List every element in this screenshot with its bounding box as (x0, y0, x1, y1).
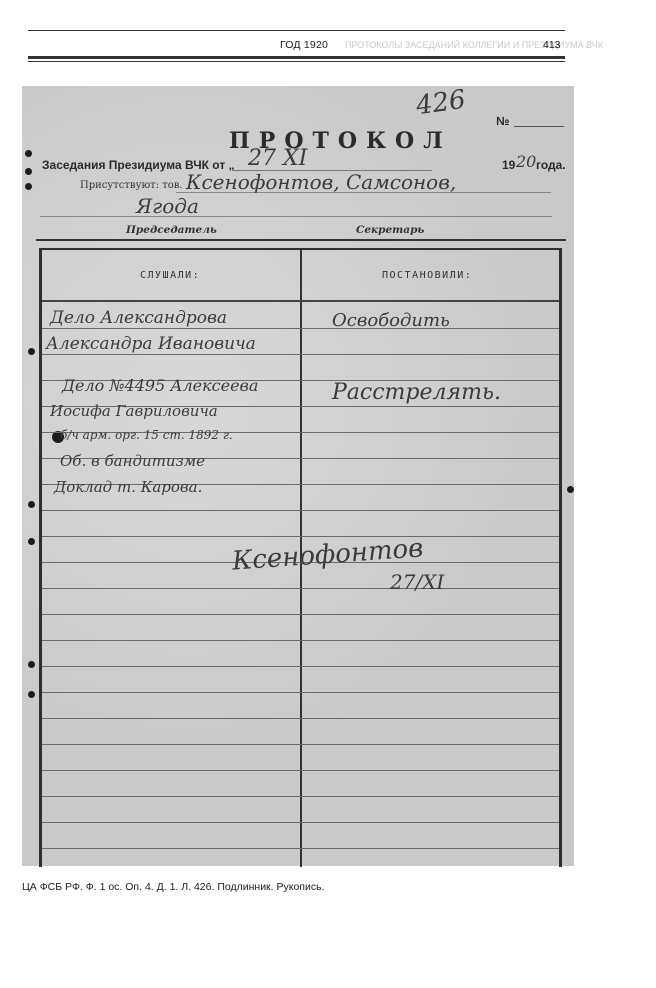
hole-punch (28, 501, 35, 508)
chairman-label: Председатель (126, 224, 217, 236)
page-number: 413 (543, 39, 561, 51)
hole-punch (28, 691, 35, 698)
header-rule-bottom (28, 56, 565, 59)
running-header-section: ГОД 1920 (280, 39, 328, 51)
protocol-sheet: 426 № ПРОТОКОЛ Заседания Президиума ВЧК … (36, 86, 566, 866)
header-rule-bottom-thin (28, 61, 565, 62)
number-line (514, 126, 564, 127)
table-rule (42, 640, 559, 641)
archive-caption: ЦА ФСБ РФ. Ф. 1 ос. Оп. 4. Д. 1. Л. 426.… (22, 881, 324, 893)
entry-2-heard-line-1: Дело №4495 Алексеева (62, 376, 258, 395)
column-header-heard: СЛУШАЛИ: (140, 270, 200, 281)
present-label: Присутствуют: тов. (80, 180, 183, 191)
running-header-bleed-through: ПРОТОКОЛЫ ЗАСЕДАНИЙ КОЛЛЕГИИ И ПРЕЗИДИУМ… (345, 40, 603, 50)
entry-2-resolved: Расстрелять. (332, 380, 501, 405)
entry-2-heard-line-2: Иосифа Гавриловича (50, 402, 218, 420)
present-names-1: Ксенофонтов, Самсонов, (186, 170, 456, 194)
heavy-rule (36, 239, 566, 241)
year-prefix: 19 (502, 158, 515, 172)
meeting-date: 27 XI (248, 146, 307, 171)
table-rule (42, 666, 559, 667)
header-rule-top (28, 30, 565, 31)
hole-punch (28, 348, 35, 355)
number-label: № (496, 114, 509, 128)
table-rule (42, 692, 559, 693)
hole-punch (25, 150, 32, 157)
table-rule (42, 354, 559, 355)
year-handwritten: 20 (516, 152, 536, 171)
entry-1-resolved: Освободить (332, 310, 450, 331)
entry-2-heard-line-4: Об. в бандитизме (60, 452, 205, 470)
table-rule (42, 718, 559, 719)
table-rule (42, 300, 559, 302)
hole-punch (567, 486, 574, 493)
table-rule (42, 614, 559, 615)
table-rule (42, 744, 559, 745)
table-rule (42, 770, 559, 771)
year-suffix: года. (536, 158, 566, 172)
table-rule (42, 536, 559, 537)
entry-2-heard-line-5: Доклад т. Карова. (54, 478, 202, 496)
handwritten-number: 426 (414, 85, 467, 122)
secretary-label: Секретарь (356, 224, 424, 236)
table-rule (42, 510, 559, 511)
present-rule-2 (40, 216, 552, 217)
table-rule (42, 328, 559, 329)
column-header-resolved: ПОСТАНОВИЛИ: (382, 270, 472, 281)
entry-1-heard-line-1: Дело Александрова (50, 308, 227, 328)
hole-punch (28, 538, 35, 545)
hole-punch (25, 183, 32, 190)
table-rule (42, 822, 559, 823)
minutes-table: СЛУШАЛИ: ПОСТАНОВИЛИ: Дело Алекс (39, 248, 562, 867)
present-names-2: Ягода (136, 194, 199, 218)
entry-2-heard-line-3: б/ч арм. орг. 15 ст. 1892 г. (60, 428, 233, 442)
entry-1-heard-line-2: Александра Ивановича (46, 334, 256, 354)
document-photo: 426 № ПРОТОКОЛ Заседания Президиума ВЧК … (22, 86, 574, 866)
table-rule (42, 796, 559, 797)
table-rule (42, 588, 559, 589)
table-rule (42, 848, 559, 849)
hole-punch (25, 168, 32, 175)
hole-punch (28, 661, 35, 668)
signature-date: 27/XI (390, 570, 444, 594)
